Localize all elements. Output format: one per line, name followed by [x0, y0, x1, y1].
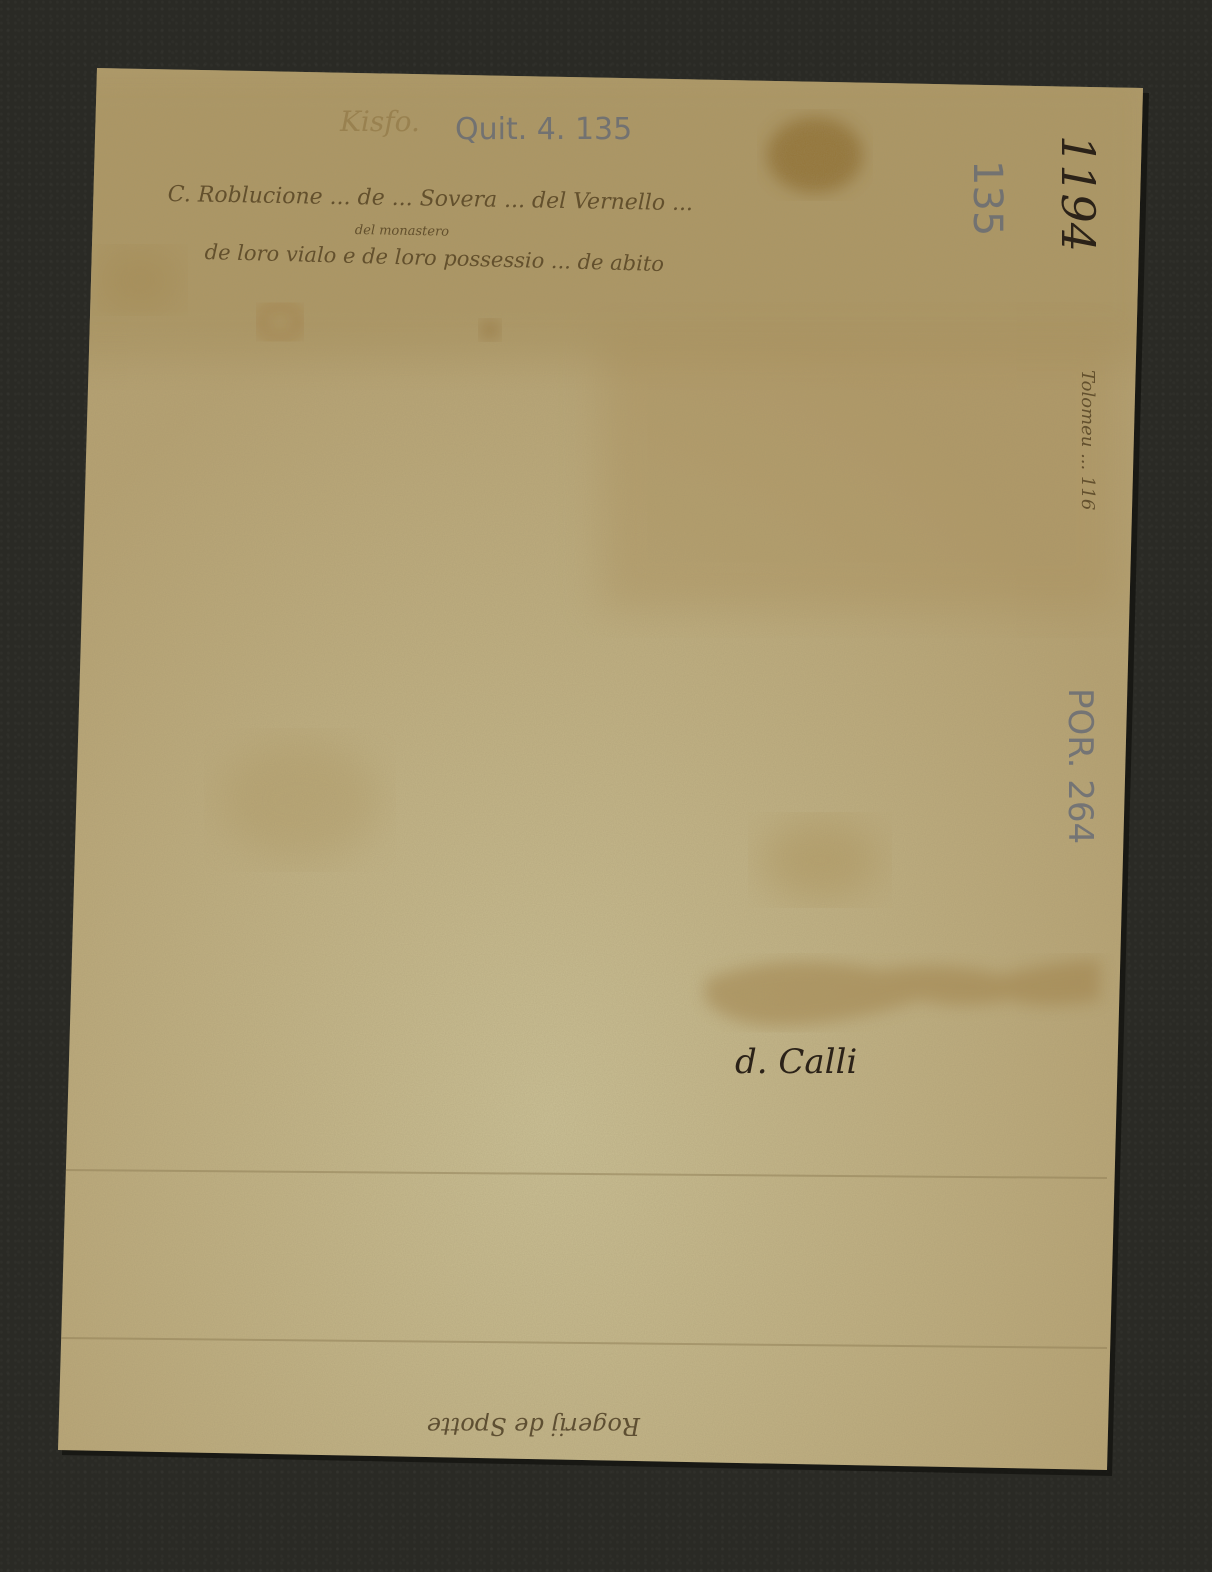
inverted-note: Rogerij de Spotte [427, 1412, 640, 1440]
vertical-note: Tolomeu ... 116 [1077, 370, 1098, 510]
parchment-sheet [0, 0, 1212, 1572]
faded-heading: Kisfo. [340, 105, 420, 138]
endorsement-interlinear: del monastero [355, 223, 449, 240]
pencil-reference: POR. 264 [1060, 688, 1100, 844]
shelf-number-ink: 1194 [1051, 135, 1105, 252]
archive-reference-pencil: Quit. 4. 135 [455, 112, 632, 147]
signature: d. Calli [735, 1042, 857, 1082]
shelf-number-pencil: 135 [964, 160, 1010, 236]
document-photograph: Kisfo. Quit. 4. 135 C. Roblucione ... de… [0, 0, 1212, 1572]
